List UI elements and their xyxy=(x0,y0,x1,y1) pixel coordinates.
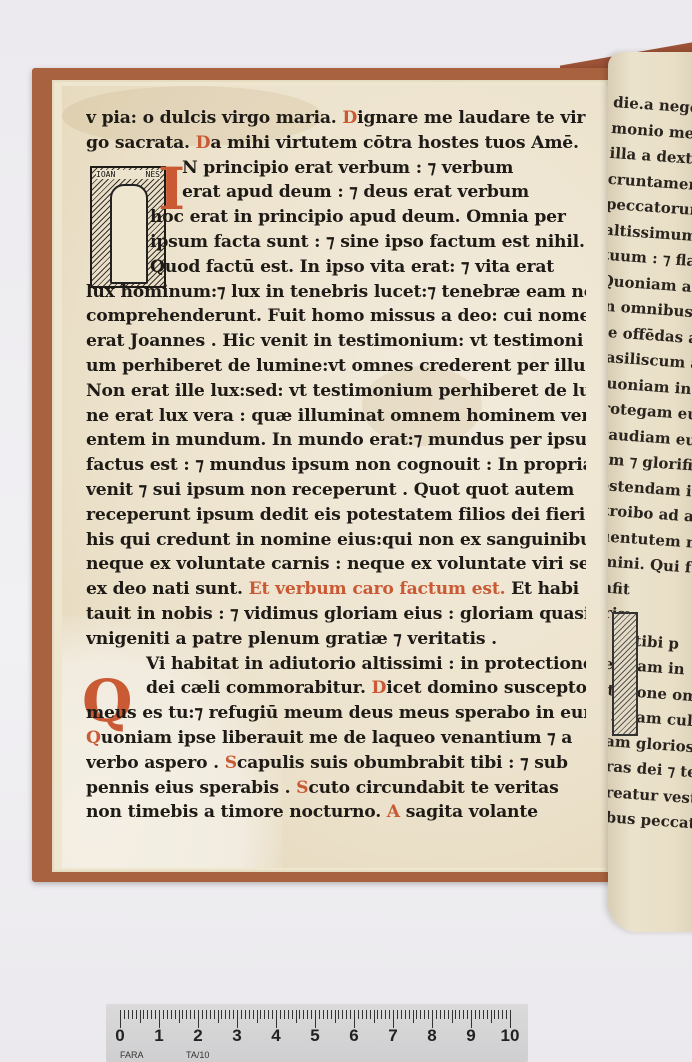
text-run: sagita volante xyxy=(400,802,538,822)
ruler-tick xyxy=(319,1010,320,1019)
text-line: erat Joannes . Hic venit in testimonium:… xyxy=(86,329,586,354)
ruler-tick xyxy=(190,1010,191,1019)
ruler-number: 9 xyxy=(466,1026,475,1046)
text-line: Quoniam ipse liberauit me de laqueo vena… xyxy=(86,726,586,751)
ruler-tick xyxy=(381,1010,382,1019)
ruler-tick xyxy=(463,1010,464,1019)
ruler-tick xyxy=(506,1010,507,1019)
ruler-tick xyxy=(455,1010,456,1019)
text-run: verbo aspero . xyxy=(86,753,225,773)
text-run: entem in mundum. In mundo erat:⁊ mundus … xyxy=(86,430,586,450)
ruler-number: 1 xyxy=(154,1026,163,1046)
ruler-tick xyxy=(214,1010,215,1019)
ruler-tick xyxy=(272,1010,273,1019)
ruler-tick xyxy=(296,1010,297,1023)
ruler-tick xyxy=(182,1010,183,1019)
ruler-tick xyxy=(459,1010,460,1019)
ruler-tick xyxy=(428,1010,429,1019)
ruler-tick xyxy=(136,1010,137,1019)
text-line: erat apud deum : ⁊ deus erat verbum xyxy=(86,180,586,205)
text-line: lux hominum:⁊ lux in tenebris lucet:⁊ te… xyxy=(86,280,586,305)
text-line: v pia: o dulcis virgo maria. Dignare me … xyxy=(86,106,586,131)
rubric-text: Et verbum caro factum est. xyxy=(249,579,506,599)
ruler-tick xyxy=(483,1010,484,1019)
rubric-text: D xyxy=(196,133,211,153)
text-line: receperunt ipsum dedit eis potestatem fi… xyxy=(86,503,586,528)
ruler-tick xyxy=(405,1010,406,1019)
text-run: Non erat ille lux:sed: vt testimonium pe… xyxy=(86,381,586,401)
ruler-tick xyxy=(299,1010,300,1019)
text-run: um perhiberet de lumine:vt omnes credere… xyxy=(86,356,586,376)
text-line: ne erat lux vera : quæ illuminat omnem h… xyxy=(86,404,586,429)
text-run: tauit in nobis : ⁊ vidimus gloriam eius … xyxy=(86,604,586,624)
text-run: icet domino susceptor xyxy=(386,678,586,698)
ruler-tick xyxy=(397,1010,398,1019)
text-run: N principio erat verbum : ⁊ verbum xyxy=(182,158,513,178)
ruler-tick xyxy=(233,1010,234,1019)
ruler-tick xyxy=(331,1010,332,1019)
ruler-tick xyxy=(143,1010,144,1019)
text-line: comprehenderunt. Fuit homo missus a deo:… xyxy=(86,304,586,329)
ruler-tick xyxy=(202,1010,203,1019)
ruler-number: 5 xyxy=(310,1026,319,1046)
ruler-tick xyxy=(338,1010,339,1019)
ruler-tick xyxy=(502,1010,503,1019)
text-line: Non erat ille lux:sed: vt testimonium pe… xyxy=(86,379,586,404)
ruler-tick xyxy=(327,1010,328,1019)
ruler-tick xyxy=(175,1010,176,1019)
text-run: uoniam ipse liberauit me de laqueo venan… xyxy=(101,728,572,748)
text-line: meus es tu:⁊ refugiū meum deus meus sper… xyxy=(86,701,586,726)
ruler-tick xyxy=(147,1010,148,1019)
ruler-number: 0 xyxy=(115,1026,124,1046)
text-run: v pia: o dulcis virgo maria. xyxy=(86,108,342,128)
rubric-text: D xyxy=(342,108,357,128)
ruler-number: 7 xyxy=(388,1026,397,1046)
ruler-tick xyxy=(163,1010,164,1019)
ruler-tick xyxy=(221,1010,222,1019)
left-page: IOAN NES I Q v pia: o dulcis virgo maria… xyxy=(62,86,608,868)
text-run: ne erat lux vera : quæ illuminat omnem h… xyxy=(86,406,586,426)
ruler-tick xyxy=(491,1010,492,1023)
ruler-tick xyxy=(194,1010,195,1019)
ruler-tick xyxy=(264,1010,265,1019)
ruler-tick xyxy=(358,1010,359,1019)
ruler-tick xyxy=(494,1010,495,1019)
text-line: verbo aspero . Scapulis suis obumbrabit … xyxy=(86,751,586,776)
ruler-tick xyxy=(444,1010,445,1019)
text-run: neque ex voluntate carnis : neque ex vol… xyxy=(86,554,586,574)
ruler-tick xyxy=(448,1010,449,1019)
ruler-tick xyxy=(420,1010,421,1019)
ruler-tick xyxy=(335,1010,336,1023)
ruler-tick xyxy=(260,1010,261,1019)
text-run: lux hominum:⁊ lux in tenebris lucet:⁊ te… xyxy=(86,282,586,302)
ruler-tick xyxy=(128,1010,129,1019)
ruler-tick xyxy=(487,1010,488,1019)
ruler-tick xyxy=(171,1010,172,1019)
ruler-tick xyxy=(140,1010,141,1023)
ruler-tick xyxy=(413,1010,414,1023)
facing-woodcut xyxy=(612,612,638,736)
text-run: erat Joannes . Hic venit in testimonium:… xyxy=(86,331,583,351)
ruler-tick xyxy=(280,1010,281,1019)
text-run: cuto circundabit te veritas xyxy=(308,778,558,798)
ruler-tick xyxy=(307,1010,308,1019)
ruler-tick xyxy=(475,1010,476,1019)
ruler-tick xyxy=(206,1010,207,1019)
ruler-tick xyxy=(498,1010,499,1019)
ruler-tick xyxy=(467,1010,468,1019)
text-line: non timebis a timore nocturno. A sagita … xyxy=(86,800,586,825)
text-line: his qui credunt in nomine eius:qui non e… xyxy=(86,528,586,553)
text-run: hoc erat in principio apud deum. Omnia p… xyxy=(150,207,566,227)
ruler-number: 8 xyxy=(427,1026,436,1046)
ruler-tick xyxy=(346,1010,347,1019)
ruler-number: 2 xyxy=(193,1026,202,1046)
ruler-tick xyxy=(268,1010,269,1019)
text-line: N principio erat verbum : ⁊ verbum xyxy=(86,156,586,181)
text-run: venit ⁊ sui ipsum non receperunt . Quot … xyxy=(86,480,574,500)
text-line: Vi habitat in adiutorio altissimi : in p… xyxy=(86,652,586,677)
scale-ruler: 012345678910 FARA TA/10 xyxy=(106,1004,528,1062)
ruler-tick xyxy=(210,1010,211,1019)
ruler-tick xyxy=(416,1010,417,1019)
text-line: dei cæli commorabitur. Dicet domino susc… xyxy=(86,676,586,701)
ruler-tick xyxy=(225,1010,226,1019)
ruler-tick xyxy=(253,1010,254,1019)
text-line: hoc erat in principio apud deum. Omnia p… xyxy=(86,205,586,230)
text-run: ipsum facta sunt : ⁊ sine ipso factum es… xyxy=(150,232,585,252)
text-line: um perhiberet de lumine:vt omnes credere… xyxy=(86,354,586,379)
ruler-tick xyxy=(409,1010,410,1019)
text-line: Quod factū est. In ipso vita erat: ⁊ vit… xyxy=(86,255,586,280)
text-run: factus est : ⁊ mundus ipsum non cognouit… xyxy=(86,455,586,475)
ruler-model: TA/10 xyxy=(186,1050,209,1060)
ruler-tick xyxy=(132,1010,133,1019)
ruler-tick xyxy=(311,1010,312,1019)
printed-text: v pia: o dulcis virgo maria. Dignare me … xyxy=(86,106,586,825)
ruler-numbers: 012345678910 xyxy=(106,1026,528,1048)
ruler-tick xyxy=(167,1010,168,1019)
text-run: Vi habitat in adiutorio altissimi : in p… xyxy=(146,654,586,674)
ruler-tick xyxy=(452,1010,453,1023)
text-line: venit ⁊ sui ipsum non receperunt . Quot … xyxy=(86,478,586,503)
ruler-tick xyxy=(257,1010,258,1023)
text-line: pennis eius sperabis . Scuto circundabit… xyxy=(86,776,586,801)
text-run: go sacrata. xyxy=(86,133,196,153)
ruler-tick xyxy=(362,1010,363,1019)
text-run: comprehenderunt. Fuit homo missus a deo:… xyxy=(86,306,586,326)
ruler-tick xyxy=(151,1010,152,1019)
text-run: dei cæli commorabitur. xyxy=(146,678,372,698)
text-line: ipsum facta sunt : ⁊ sine ipso factum es… xyxy=(86,230,586,255)
ruler-tick xyxy=(377,1010,378,1019)
facing-page: die.a negotiomonio meridiailla a dextris… xyxy=(608,52,692,932)
ruler-tick xyxy=(401,1010,402,1019)
ruler-tick xyxy=(366,1010,367,1019)
ruler-number: 3 xyxy=(232,1026,241,1046)
rubric-text: S xyxy=(296,778,308,798)
ruler-tick xyxy=(424,1010,425,1019)
text-run: meus es tu:⁊ refugiū meum deus meus sper… xyxy=(86,703,586,723)
ruler-tick xyxy=(389,1010,390,1019)
text-line: tauit in nobis : ⁊ vidimus gloriam eius … xyxy=(86,602,586,627)
rubric-text: D xyxy=(372,678,387,698)
ruler-tick xyxy=(179,1010,180,1023)
ruler-tick xyxy=(374,1010,375,1023)
text-line: vnigeniti a patre plenum gratiæ ⁊ verita… xyxy=(86,627,586,652)
ruler-number: 6 xyxy=(349,1026,358,1046)
ruler-tick xyxy=(186,1010,187,1019)
text-line: factus est : ⁊ mundus ipsum non cognouit… xyxy=(86,453,586,478)
ruler-tick xyxy=(292,1010,293,1019)
text-run: vnigeniti a patre plenum gratiæ ⁊ verita… xyxy=(86,629,497,649)
ruler-tick xyxy=(370,1010,371,1019)
text-run: ignare me laudare te vir xyxy=(357,108,585,128)
ruler-tick xyxy=(284,1010,285,1019)
ruler-number: 10 xyxy=(501,1026,520,1046)
ruler-tick xyxy=(124,1010,125,1019)
text-line: entem in mundum. In mundo erat:⁊ mundus … xyxy=(86,428,586,453)
ruler-tick xyxy=(218,1010,219,1023)
ruler-tick xyxy=(155,1010,156,1019)
ruler-tick xyxy=(229,1010,230,1019)
text-run: his qui credunt in nomine eius:qui non e… xyxy=(86,530,586,550)
text-run: ex deo nati sunt. xyxy=(86,579,249,599)
ruler-tick xyxy=(479,1010,480,1019)
ruler-tick xyxy=(288,1010,289,1019)
text-run: Quod factū est. In ipso vita erat: ⁊ vit… xyxy=(150,257,554,277)
text-line: ex deo nati sunt. Et verbum caro factum … xyxy=(86,577,586,602)
text-run: Et habi xyxy=(505,579,579,599)
ruler-tick xyxy=(249,1010,250,1019)
ruler-tick xyxy=(241,1010,242,1019)
text-line: go sacrata. Da mihi virtutem cōtra hoste… xyxy=(86,131,586,156)
ruler-brand: FARA xyxy=(120,1050,144,1060)
text-run: a mihi virtutem cōtra hostes tuos Amē. xyxy=(210,133,579,153)
ruler-tick xyxy=(303,1010,304,1019)
ruler-number: 4 xyxy=(271,1026,280,1046)
ruler-tick xyxy=(350,1010,351,1019)
rubric-text: Q xyxy=(86,728,101,748)
ruler-tick xyxy=(245,1010,246,1019)
text-run: receperunt ipsum dedit eis potestatem fi… xyxy=(86,505,586,525)
ruler-tick xyxy=(323,1010,324,1019)
rubric-text: A xyxy=(387,802,400,822)
ruler-tick xyxy=(436,1010,437,1019)
ruler-tick xyxy=(440,1010,441,1019)
text-run: pennis eius sperabis . xyxy=(86,778,296,798)
text-run: erat apud deum : ⁊ deus erat verbum xyxy=(182,182,529,202)
text-run: non timebis a timore nocturno. xyxy=(86,802,387,822)
rubric-text: S xyxy=(225,753,237,773)
ruler-tick xyxy=(385,1010,386,1019)
text-line: neque ex voluntate carnis : neque ex vol… xyxy=(86,552,586,577)
text-run: capulis suis obumbrabit tibi : ⁊ sub xyxy=(237,753,568,773)
ruler-tick xyxy=(342,1010,343,1019)
